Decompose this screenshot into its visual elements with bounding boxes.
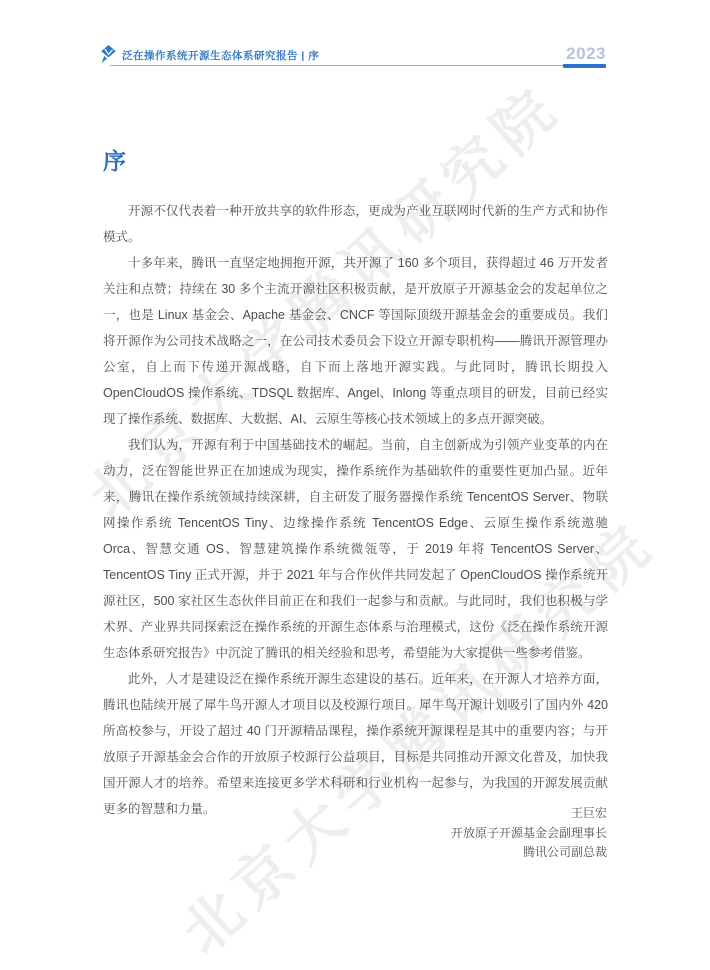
- year-label: 2023: [563, 44, 606, 64]
- report-title: 泛在操作系统开源生态体系研究报告 | 序: [122, 48, 319, 63]
- preface-body: 开源不仅代表着一种开放共享的软件形态，更成为产业互联网时代新的生产方式和协作模式…: [103, 198, 608, 822]
- signature-block: 王巨宏 开放原子开源基金会副理事长 腾讯公司副总裁: [451, 804, 607, 863]
- header-rule: [110, 65, 565, 66]
- paragraph: 我们认为，开源有利于中国基础技术的崛起。当前，自主创新成为引领产业变革的内在动力…: [103, 432, 608, 666]
- signature-name: 王巨宏: [451, 804, 607, 824]
- document-page: 北京大学腾讯研究院 北京大学腾讯研究院 泛在操作系统开源生态体系研究报告 | 序…: [0, 0, 710, 970]
- paragraph: 此外，人才是建设泛在操作系统开源生态建设的基石。近年来，在开源人才培养方面，腾讯…: [103, 666, 608, 822]
- diamond-gem-icon: [101, 45, 116, 64]
- signature-role-1: 开放原子开源基金会副理事长: [451, 824, 607, 844]
- page-header: 泛在操作系统开源生态体系研究报告 | 序 2023: [0, 0, 710, 80]
- section-title: 序: [103, 143, 128, 176]
- year-underline-bar: [563, 64, 606, 68]
- signature-role-2: 腾讯公司副总裁: [451, 843, 607, 863]
- paragraph: 十多年来，腾讯一直坚定地拥抱开源，共开源了 160 多个项目，获得超过 46 万…: [103, 250, 608, 432]
- paragraph: 开源不仅代表着一种开放共享的软件形态，更成为产业互联网时代新的生产方式和协作模式…: [103, 198, 608, 250]
